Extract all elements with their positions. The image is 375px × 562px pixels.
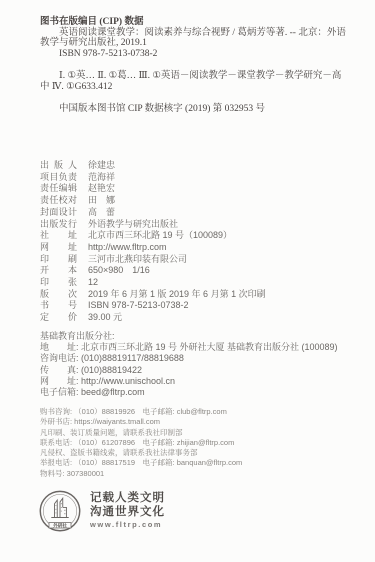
colophon-row-editor: 责任编辑 赵艳宏: [40, 183, 355, 195]
cip-record-line: 中国版本图书馆 CIP 数据核字 (2019) 第 032953 号: [40, 104, 347, 115]
colophon-label: 出版发行: [40, 219, 77, 231]
colophon-label: 版次: [40, 289, 77, 301]
colophon-row-price: 定价 39.00 元: [40, 312, 355, 324]
colophon-value: 范海祥: [88, 172, 355, 184]
notice-printing-quality: 凡印刷、装订质量问题，请联系我社印制部: [40, 428, 359, 438]
branch-line-phone: 咨询电话: (010)88819117/88819688: [40, 353, 355, 364]
colophon-label: 书号: [40, 300, 77, 312]
cip-isbn-line: ISBN 978-7-5213-0738-2: [40, 49, 347, 60]
colophon-label: 责任编辑: [40, 183, 77, 195]
slogan-block: 记载人类文明 沟通世界文化 www.fltrp.com: [90, 489, 165, 530]
notice-piracy: 凡侵权、盗版书籍线索，请联系我社法律事务部: [40, 448, 359, 458]
branch-line-email: 电子信箱: beed@fltrp.com: [40, 387, 355, 398]
colophon-value: 田 娜: [88, 195, 355, 207]
notice-piracy-contact: 举报电话: （010）88817519 电子邮箱: banquan@fltrp.…: [40, 458, 359, 468]
colophon-row-cover-design: 封面设计 高 蕾: [40, 207, 355, 219]
colophon-label: 印张: [40, 277, 77, 289]
colophon-label: 定价: [40, 312, 77, 324]
book-copyright-page: 图书在版编目 (CIP) 数据 英语阅读课堂教学：阅读素养与综合视野 / 葛炳芳…: [0, 0, 375, 562]
colophon-value: 12: [88, 277, 355, 289]
slogan-line-1: 记载人类文明: [90, 492, 165, 506]
notice-printing-contact: 联系电话: （010）61207896 电子邮箱: zhijian@fltrp.…: [40, 438, 359, 448]
colophon-row-format: 开本 650×980 1/16: [40, 265, 355, 277]
branch-block: 基础教育出版分社: 地 址: 北京市西三环北路 19 号 外研社大厦 基础教育出…: [40, 331, 355, 398]
colophon-value: 39.00 元: [88, 312, 355, 324]
colophon-value: 外语教学与研究出版社: [88, 219, 355, 231]
colophon-label: 网址: [40, 242, 77, 254]
colophon-label: 封面设计: [40, 207, 77, 219]
branch-line-website: 网 址: http://www.unischool.cn: [40, 376, 355, 387]
colophon-row-website: 网址 http://www.fltrp.com: [40, 242, 355, 254]
cip-header: 图书在版编目 (CIP) 数据: [40, 17, 347, 28]
seal-label: 外研社: [53, 522, 67, 529]
colophon-label: 印刷: [40, 254, 77, 266]
colophon-value: 650×980 1/16: [88, 265, 355, 277]
branch-line-address: 地 址: 北京市西三环北路 19 号 外研社大厦 基础教育出版分社 (10008…: [40, 342, 355, 353]
cip-block: 图书在版编目 (CIP) 数据 英语阅读课堂教学：阅读素养与综合视野 / 葛炳芳…: [40, 17, 347, 115]
colophon-value: 2019 年 6 月第 1 版 2019 年 6 月第 1 次印刷: [88, 289, 355, 301]
cip-title-line: 英语阅读课堂教学：阅读素养与综合视野 / 葛炳芳等著. -- 北京：外语教学与研…: [40, 28, 347, 49]
colophon-label: 责任校对: [40, 195, 77, 207]
colophon-label: 社址: [40, 230, 77, 242]
colophon-row-edition: 版次 2019 年 6 月第 1 版 2019 年 6 月第 1 次印刷: [40, 289, 355, 301]
colophon-row-publisher: 出版发行 外语教学与研究出版社: [40, 219, 355, 231]
colophon-block: 出版人 徐建忠 项目负责 范海祥 责任编辑 赵艳宏 责任校对 田 娜 封面设计 …: [40, 160, 355, 324]
publisher-website: www.fltrp.com: [90, 520, 165, 530]
colophon-row-isbn: 书号 ISBN 978-7-5213-0738-2: [40, 300, 355, 312]
fltrp-seal-icon: 外研社: [38, 489, 82, 535]
colophon-value: 北京市西三环北路 19 号（100089）: [88, 230, 355, 242]
colophon-label: 出版人: [40, 160, 77, 172]
colophon-row-project-lead: 项目负责 范海祥: [40, 172, 355, 184]
colophon-label: 开本: [40, 265, 77, 277]
building-sketch: [51, 498, 68, 517]
colophon-row-publisher-person: 出版人 徐建忠: [40, 160, 355, 172]
branch-line-fax: 传 真: (010)88819422: [40, 365, 355, 376]
colophon-row-printer: 印刷 三河市北燕印装有限公司: [40, 254, 355, 266]
colophon-value: http://www.fltrp.com: [88, 242, 355, 254]
branch-heading: 基础教育出版分社:: [40, 331, 355, 342]
cip-classification-line: Ⅰ. ①英… Ⅱ. ①葛… Ⅲ. ①英语－阅读教学－课堂教学－教学研究－高中 Ⅳ…: [40, 71, 347, 92]
colophon-value: 赵艳宏: [88, 183, 355, 195]
colophon-row-proofreader: 责任校对 田 娜: [40, 195, 355, 207]
colophon-row-address: 社址 北京市西三环北路 19 号（100089）: [40, 230, 355, 242]
colophon-label: 项目负责: [40, 172, 77, 184]
notice-purchase-hotline: 购书咨询: （010）88819926 电子邮箱: club@fltrp.com: [40, 407, 359, 417]
colophon-value: 三河市北燕印装有限公司: [88, 254, 355, 266]
colophon-value: ISBN 978-7-5213-0738-2: [88, 300, 355, 312]
notices-block: 购书咨询: （010）88819926 电子邮箱: club@fltrp.com…: [40, 407, 359, 479]
colophon-row-sheets: 印张 12: [40, 277, 355, 289]
slogan-line-2: 沟通世界文化: [90, 506, 165, 520]
colophon-value: 高 蕾: [88, 207, 355, 219]
publisher-footer: 外研社 记载人类文明 沟通世界文化 www.fltrp.com: [38, 489, 165, 535]
colophon-value: 徐建忠: [88, 160, 355, 172]
notice-bookstore: 外研书店: https://waiyants.tmall.com: [40, 417, 359, 427]
material-number: 物料号: 307380001: [40, 469, 359, 479]
